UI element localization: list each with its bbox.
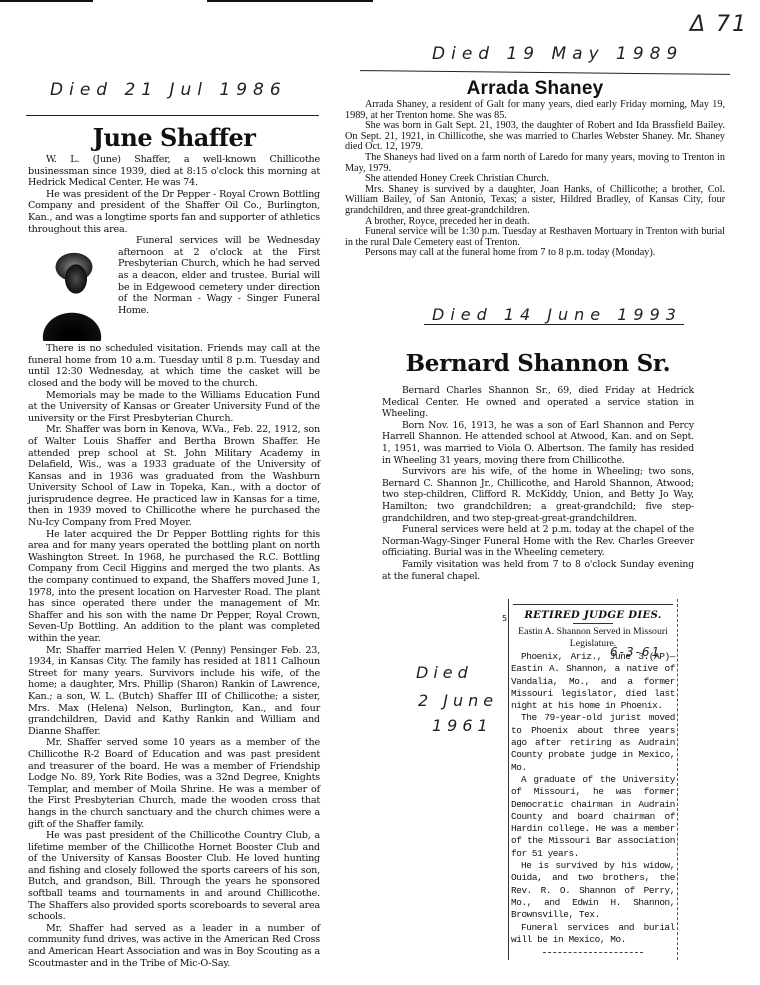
paragraph: Funeral service will be 1:30 p.m. Tuesda… [345,227,725,248]
clipping-subhead: Eastin A. Shannon Served in Missouri Leg… [511,626,675,649]
header-rule [360,70,730,75]
clipping-body: Phoenix, Ariz., June 3.(AP)—Eastin A. Sh… [511,651,675,946]
paragraph: Phoenix, Ariz., June 3.(AP)—Eastin A. Sh… [511,651,675,712]
obituary-body: Bernard Charles Shannon Sr., 69, died Fr… [382,385,694,582]
paragraph: Funeral services and burial will be in M… [511,922,675,947]
paragraph: Survivors are his wife, of the home in W… [382,466,694,524]
handwritten-death-date-line: 2 June [418,691,498,710]
portrait-image [36,237,112,341]
scan-edge-line [207,0,373,2]
paragraph: There is no scheduled visitation. Friend… [28,343,320,389]
header-rule [26,115,319,116]
paragraph: Born Nov. 16, 1913, he was a son of Earl… [382,420,694,466]
handwritten-death-date-line: 1961 [432,716,493,735]
paragraph: Mr. Shaffer was born in Kenova, W.Va., F… [28,424,320,528]
obituary-june-shaffer: June Shaffer W. L. (June) Shaffer, a wel… [28,123,320,969]
news-clipping-retired-judge: RETIRED JUDGE DIES. Eastin A. Shannon Se… [508,599,678,960]
paragraph: W. L. (June) Shaffer, a well-known Chill… [28,154,320,189]
paragraph: Mr. Shaffer had served as a leader in a … [28,923,320,969]
obituary-title: Arrada Shaney [345,78,725,100]
handwritten-death-date: Died 19 May 1989 [432,44,683,64]
paragraph: He was president of the Dr Pepper - Roya… [28,189,320,235]
paragraph: The Shaneys had lived on a farm north of… [345,153,725,174]
paragraph: Persons may call at the funeral home fro… [345,248,725,259]
margin-mark: 5 [502,614,507,623]
paragraph: He is survived by his widow, Ouida, and … [511,860,675,921]
paragraph: Family visitation was held from 7 to 8 o… [382,559,694,582]
obituary-title: Bernard Shannon Sr. [382,350,694,377]
paragraph: Memorials may be made to the Williams Ed… [28,390,320,425]
paragraph: She was born in Galt Sept. 21, 1903, the… [345,121,725,153]
paragraph: He was past president of the Chillicothe… [28,830,320,923]
handwritten-death-date-line: Died [416,663,473,682]
paragraph: Mr. Shaffer served some 10 years as a me… [28,737,320,830]
headline-rule [573,623,613,624]
handwritten-page-number: Δ 71 [690,12,748,37]
obituary-body: Arrada Shaney, a resident of Galt for ma… [345,100,725,259]
paragraph: Arrada Shaney, a resident of Galt for ma… [345,100,725,121]
handwritten-death-date: Died 21 Jul 1986 [50,80,287,100]
handwritten-death-date: Died 14 June 1993 [432,305,682,324]
clipping-headline: RETIRED JUDGE DIES. [511,609,675,621]
obituary-body: W. L. (June) Shaffer, a well-known Chill… [28,154,320,969]
paragraph: Funeral services were held at 2 p.m. tod… [382,524,694,559]
paragraph: A graduate of the University of Missouri… [511,774,675,860]
obituary-bernard-shannon: Bernard Shannon Sr. Bernard Charles Shan… [382,350,694,582]
portrait-photo [36,237,112,341]
paragraph: Mrs. Shaney is survived by a daughter, J… [345,185,725,217]
scan-edge-line [0,0,93,2]
paragraph: The 79-year-old jurist moved to Phoenix … [511,712,675,773]
paragraph: Mr. Shaffer married Helen V. (Penny) Pen… [28,645,320,738]
obituary-arrada-shaney: Arrada Shaney Arrada Shaney, a resident … [345,78,725,259]
header-rule [424,324,684,325]
obituary-title: June Shaffer [28,123,320,152]
paragraph-text: He was president of the Dr Pepper - Roya… [28,189,320,235]
paragraph: He later acquired the Dr Pepper Bottling… [28,529,320,645]
clipping-rule [513,604,673,605]
clipping-end-rule [543,952,643,954]
paragraph: Bernard Charles Shannon Sr., 69, died Fr… [382,385,694,420]
